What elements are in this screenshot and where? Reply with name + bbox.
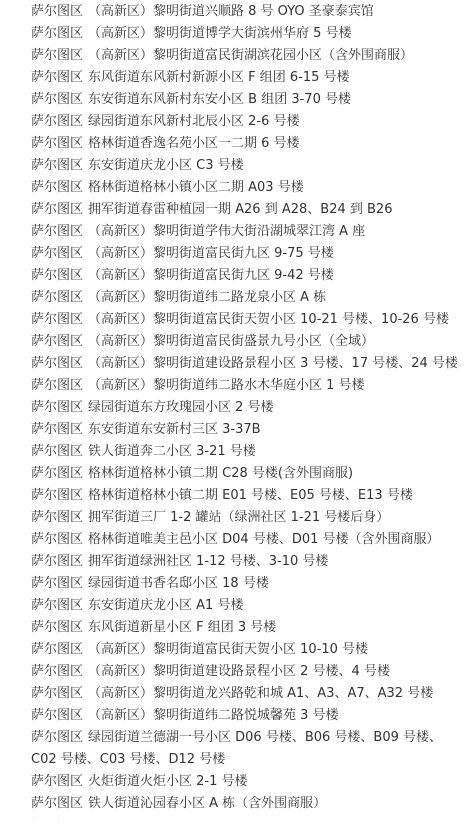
address-text: （高新区）黎明街道兴顺路 8 号 OYO 圣豪泰宾馆 bbox=[88, 4, 374, 19]
district-label: 萨尔图区 bbox=[31, 136, 83, 151]
list-item: 萨尔图区格林街道唯美主邑小区 D04 号楼、D01 号楼（含外围商服） bbox=[31, 529, 461, 551]
district-label: 萨尔图区 bbox=[31, 466, 83, 481]
district-label: 萨尔图区 bbox=[31, 488, 83, 503]
address-text: 格林街道格林小镇小区二期 A03 号楼 bbox=[88, 180, 304, 195]
district-label: 萨尔图区 bbox=[31, 642, 83, 657]
address-text: （高新区）黎明街道纬二路水木华庭小区 1 号楼 bbox=[88, 378, 365, 393]
address-list: 萨尔图区（高新区）黎明街道兴顺路 8 号 OYO 圣豪泰宾馆 萨尔图区（高新区）… bbox=[31, 1, 461, 815]
list-item: 萨尔图区（高新区）黎明街道富民街盛景九号小区（全域） bbox=[31, 331, 461, 353]
list-item: 萨尔图区（高新区）黎明街道兴顺路 8 号 OYO 圣豪泰宾馆 bbox=[31, 1, 461, 23]
district-label: 萨尔图区 bbox=[31, 510, 83, 525]
list-item: 萨尔图区绿园街道东风新村北辰小区 2-6 号楼 bbox=[31, 111, 461, 133]
district-label: 萨尔图区 bbox=[31, 796, 83, 811]
address-text: 绿园街道兰德湖一号小区 D06 号楼、B06 号楼、B09 号楼、C02 号楼、… bbox=[31, 730, 442, 767]
list-item: 萨尔图区绿园街道兰德湖一号小区 D06 号楼、B06 号楼、B09 号楼、C02… bbox=[31, 727, 461, 771]
address-text: （高新区）黎明街道富民街九区 9-42 号楼 bbox=[88, 268, 334, 283]
district-label: 萨尔图区 bbox=[31, 224, 83, 239]
address-text: 格林街道格林小镇二期 C28 号楼(含外围商服) bbox=[88, 466, 353, 481]
address-text: 拥军街道春雷种植园一期 A26 到 A28、B24 到 B26 bbox=[88, 202, 392, 217]
address-text: 格林街道香逸名苑小区一二期 6 号楼 bbox=[88, 136, 300, 151]
district-label: 萨尔图区 bbox=[31, 48, 83, 63]
district-label: 萨尔图区 bbox=[31, 202, 83, 217]
address-text: 东风街道新星小区 F 组团 3 号楼 bbox=[88, 620, 276, 635]
address-text: （高新区）黎明街道富民街九区 9-75 号楼 bbox=[88, 246, 334, 261]
district-label: 萨尔图区 bbox=[31, 378, 83, 393]
address-text: （高新区）黎明街道纬二路龙泉小区 A 栋 bbox=[88, 290, 326, 305]
address-text: 铁人街道奔二小区 3-21 号楼 bbox=[88, 444, 256, 459]
list-item: 萨尔图区格林街道格林小镇二期 E01 号楼、E05 号楼、E13 号楼 bbox=[31, 485, 461, 507]
list-item: 萨尔图区格林街道香逸名苑小区一二期 6 号楼 bbox=[31, 133, 461, 155]
list-item: 萨尔图区（高新区）黎明街道建设路景程小区 3 号楼、17 号楼、24 号楼 bbox=[31, 353, 461, 375]
district-label: 萨尔图区 bbox=[31, 4, 83, 19]
list-item: 萨尔图区（高新区）黎明街道富民街天贺小区 10-10 号楼 bbox=[31, 639, 461, 661]
list-item: 萨尔图区拥军街道春雷种植园一期 A26 到 A28、B24 到 B26 bbox=[31, 199, 461, 221]
address-text: （高新区）黎明街道纬二路悦城馨苑 3 号楼 bbox=[88, 708, 339, 723]
cut-off-line: 萨尔图区 …… bbox=[31, 818, 291, 825]
district-label: 萨尔图区 bbox=[31, 774, 83, 789]
list-item: 萨尔图区格林街道格林小镇二期 C28 号楼(含外围商服) bbox=[31, 463, 461, 485]
address-text: （高新区）黎明街道富民街湖滨花园小区（含外围商服） bbox=[88, 48, 413, 63]
list-item: 萨尔图区绿园街道书香名邸小区 18 号楼 bbox=[31, 573, 461, 595]
district-label: 萨尔图区 bbox=[31, 730, 83, 745]
district-label: 萨尔图区 bbox=[31, 598, 83, 613]
list-item: 萨尔图区东安街道东风新村东安小区 B 组团 3-70 号楼 bbox=[31, 89, 461, 111]
district-label: 萨尔图区 bbox=[31, 158, 83, 173]
list-item: 萨尔图区东安街道庆龙小区 C3 号楼 bbox=[31, 155, 461, 177]
address-text: （高新区）黎明街道建设路景程小区 3 号楼、17 号楼、24 号楼 bbox=[88, 356, 458, 371]
list-item: 萨尔图区（高新区）黎明街道富民街九区 9-42 号楼 bbox=[31, 265, 461, 287]
address-text: 格林街道唯美主邑小区 D04 号楼、D01 号楼（含外围商服） bbox=[88, 532, 440, 547]
list-item: 萨尔图区（高新区）黎明街道博学大街滨州华府 5 号楼 bbox=[31, 23, 461, 45]
district-label: 萨尔图区 bbox=[31, 422, 83, 437]
list-item: 萨尔图区（高新区）黎明街道纬二路水木华庭小区 1 号楼 bbox=[31, 375, 461, 397]
address-text: 拥军街道三厂 1-2 罐站（绿洲社区 1-21 号楼后身） bbox=[88, 510, 389, 525]
address-text: （高新区）黎明街道建设路景程小区 2 号楼、4 号楼 bbox=[88, 664, 390, 679]
address-text: （高新区）黎明街道学伟大街沿湖城翠江湾 A 座 bbox=[88, 224, 365, 239]
list-item: 萨尔图区格林街道格林小镇小区二期 A03 号楼 bbox=[31, 177, 461, 199]
list-item: 萨尔图区火炬街道火炬小区 2-1 号楼 bbox=[31, 771, 461, 793]
district-label: 萨尔图区 bbox=[31, 576, 83, 591]
list-item: 萨尔图区（高新区）黎明街道富民街湖滨花园小区（含外围商服） bbox=[31, 45, 461, 67]
list-item: 萨尔图区（高新区）黎明街道富民街天贺小区 10-21 号楼、10-26 号楼 bbox=[31, 309, 461, 331]
address-text: （高新区）黎明街道富民街天贺小区 10-10 号楼 bbox=[88, 642, 368, 657]
list-item: 萨尔图区东风街道新星小区 F 组团 3 号楼 bbox=[31, 617, 461, 639]
address-text: 东安街道东安新村三区 3-37B bbox=[88, 422, 261, 437]
list-item: 萨尔图区绿园街道东方玫瑰园小区 2 号楼 bbox=[31, 397, 461, 419]
district-label: 萨尔图区 bbox=[31, 92, 83, 107]
address-text: （高新区）黎明街道龙兴路乾和城 A1、A3、A7、A32 号楼 bbox=[88, 686, 433, 701]
address-text: （高新区）黎明街道富民街天贺小区 10-21 号楼、10-26 号楼 bbox=[88, 312, 449, 327]
list-item: 萨尔图区东风街道东风新村新源小区 F 组团 6-15 号楼 bbox=[31, 67, 461, 89]
address-text: 铁人街道沁园春小区 A 栋（含外围商服） bbox=[88, 796, 326, 811]
address-text: 绿园街道东方玫瑰园小区 2 号楼 bbox=[88, 400, 274, 415]
address-text: 东风街道东风新村新源小区 F 组团 6-15 号楼 bbox=[88, 70, 350, 85]
district-label: 萨尔图区 bbox=[31, 268, 83, 283]
list-item: 萨尔图区（高新区）黎明街道龙兴路乾和城 A1、A3、A7、A32 号楼 bbox=[31, 683, 461, 705]
district-label: 萨尔图区 bbox=[31, 444, 83, 459]
district-label: 萨尔图区 bbox=[31, 620, 83, 635]
address-text: （高新区）黎明街道富民街盛景九号小区（全域） bbox=[88, 334, 374, 349]
district-label: 萨尔图区 bbox=[31, 246, 83, 261]
address-text: 东安街道东风新村东安小区 B 组团 3-70 号楼 bbox=[88, 92, 351, 107]
cut-off-text: 萨尔图区 …… bbox=[31, 818, 113, 821]
list-item: 萨尔图区东安街道庆龙小区 A1 号楼 bbox=[31, 595, 461, 617]
district-label: 萨尔图区 bbox=[31, 180, 83, 195]
address-text: 格林街道格林小镇二期 E01 号楼、E05 号楼、E13 号楼 bbox=[88, 488, 413, 503]
address-text: 绿园街道东风新村北辰小区 2-6 号楼 bbox=[88, 114, 300, 129]
address-text: 绿园街道书香名邸小区 18 号楼 bbox=[88, 576, 269, 591]
list-item: 萨尔图区（高新区）黎明街道学伟大街沿湖城翠江湾 A 座 bbox=[31, 221, 461, 243]
address-text: （高新区）黎明街道博学大街滨州华府 5 号楼 bbox=[88, 26, 352, 41]
district-label: 萨尔图区 bbox=[31, 664, 83, 679]
district-label: 萨尔图区 bbox=[31, 554, 83, 569]
list-item: 萨尔图区拥军街道绿洲社区 1-12 号楼、3-10 号楼 bbox=[31, 551, 461, 573]
list-item: 萨尔图区（高新区）黎明街道纬二路悦城馨苑 3 号楼 bbox=[31, 705, 461, 727]
district-label: 萨尔图区 bbox=[31, 290, 83, 305]
list-item: 萨尔图区（高新区）黎明街道建设路景程小区 2 号楼、4 号楼 bbox=[31, 661, 461, 683]
list-item: 萨尔图区铁人街道沁园春小区 A 栋（含外围商服） bbox=[31, 793, 461, 815]
district-label: 萨尔图区 bbox=[31, 114, 83, 129]
district-label: 萨尔图区 bbox=[31, 70, 83, 85]
address-text: 东安街道庆龙小区 A1 号楼 bbox=[88, 598, 243, 613]
district-label: 萨尔图区 bbox=[31, 334, 83, 349]
address-text: 火炬街道火炬小区 2-1 号楼 bbox=[88, 774, 248, 789]
address-text: 东安街道庆龙小区 C3 号楼 bbox=[88, 158, 244, 173]
district-label: 萨尔图区 bbox=[31, 26, 83, 41]
list-item: 萨尔图区（高新区）黎明街道纬二路龙泉小区 A 栋 bbox=[31, 287, 461, 309]
list-item: 萨尔图区拥军街道三厂 1-2 罐站（绿洲社区 1-21 号楼后身） bbox=[31, 507, 461, 529]
list-item: 萨尔图区铁人街道奔二小区 3-21 号楼 bbox=[31, 441, 461, 463]
district-label: 萨尔图区 bbox=[31, 400, 83, 415]
district-label: 萨尔图区 bbox=[31, 356, 83, 371]
district-label: 萨尔图区 bbox=[31, 708, 83, 723]
list-item: 萨尔图区（高新区）黎明街道富民街九区 9-75 号楼 bbox=[31, 243, 461, 265]
list-item: 萨尔图区东安街道东安新村三区 3-37B bbox=[31, 419, 461, 441]
district-label: 萨尔图区 bbox=[31, 532, 83, 547]
district-label: 萨尔图区 bbox=[31, 312, 83, 327]
address-text: 拥军街道绿洲社区 1-12 号楼、3-10 号楼 bbox=[88, 554, 328, 569]
district-label: 萨尔图区 bbox=[31, 686, 83, 701]
